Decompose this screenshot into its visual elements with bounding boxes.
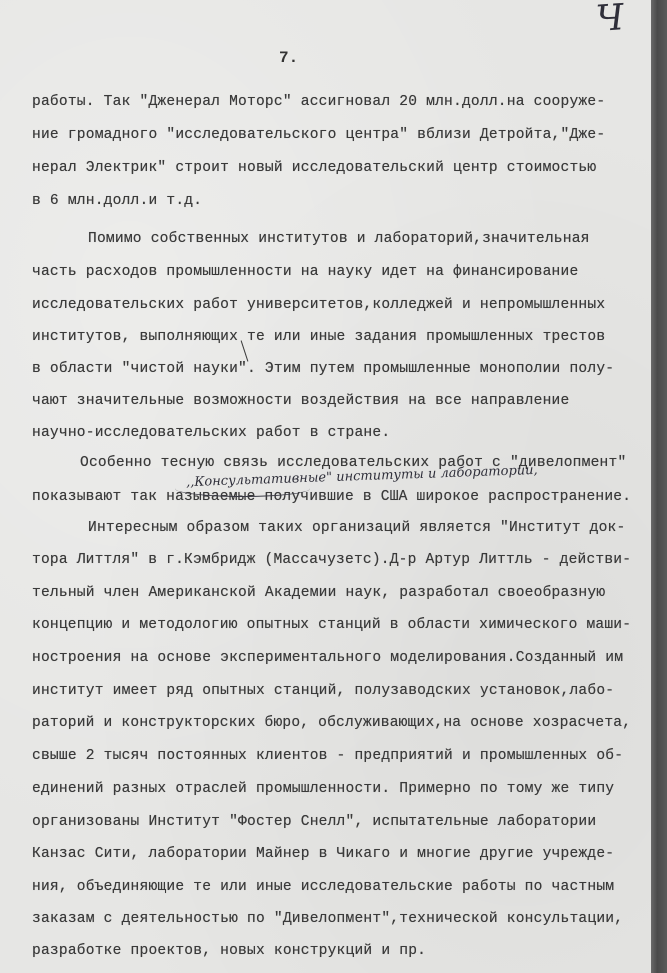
typed-line: концепцию и методологию опытных станций … bbox=[32, 618, 631, 633]
typed-line: единений разных отраслей промышленности.… bbox=[32, 782, 614, 797]
typed-line: Помимо собственных институтов и лаборато… bbox=[88, 232, 590, 247]
typed-line: Канзас Сити, лаборатории Майнер в Чикаго… bbox=[32, 847, 614, 862]
typed-line: организованы Институт "Фостер Снелл", ис… bbox=[32, 815, 596, 830]
typed-line: в области "чистой науки". Этим путем про… bbox=[32, 362, 614, 377]
document-page: Ч 7. работы. Так "Дженерал Моторс" ассиг… bbox=[0, 0, 651, 973]
typed-line: нерал Электрик" строит новый исследовате… bbox=[32, 161, 596, 176]
typed-line: в 6 млн.долл.и т.д. bbox=[32, 194, 202, 209]
page-number: 7. bbox=[279, 49, 298, 67]
typed-line: Интересным образом таких организаций явл… bbox=[88, 521, 625, 536]
typed-line: чают значительные возможности воздействи… bbox=[32, 394, 569, 409]
typed-line: тельный член Американской Академии наук,… bbox=[32, 586, 605, 601]
typed-line: разработке проектов, новых конструкций и… bbox=[32, 944, 426, 959]
typed-line: заказам с деятельностью по "Дивелопмент"… bbox=[32, 912, 623, 927]
typed-line: институтов, выполняющих те или иные зада… bbox=[32, 330, 605, 345]
typed-line: ние громадного "исследовательского центр… bbox=[32, 128, 605, 143]
scanner-edge bbox=[651, 0, 667, 973]
typed-line: работы. Так "Дженерал Моторс" ассигновал… bbox=[32, 95, 605, 110]
typed-line: показывают так называемые получившие в С… bbox=[32, 490, 631, 505]
typed-line: ния, объединяющие те или иные исследоват… bbox=[32, 880, 614, 895]
typed-line: ностроения на основе экспериментального … bbox=[32, 651, 623, 666]
typed-line: тора Литтля" в г.Кэмбридж (Массачузетс).… bbox=[32, 553, 631, 568]
handwritten-corner-mark: Ч bbox=[595, 0, 626, 40]
typed-line: часть расходов промышленности на науку и… bbox=[32, 265, 578, 280]
typed-line: раторий и конструкторских бюро, обслужив… bbox=[32, 716, 631, 731]
typed-line: свыше 2 тысяч постоянных клиентов - пред… bbox=[32, 749, 623, 764]
typed-line: институт имеет ряд опытных станций, полу… bbox=[32, 684, 614, 699]
typed-line: научно-исследовательских работ в стране. bbox=[32, 426, 390, 441]
typed-line: исследовательских работ университетов,ко… bbox=[32, 298, 605, 313]
